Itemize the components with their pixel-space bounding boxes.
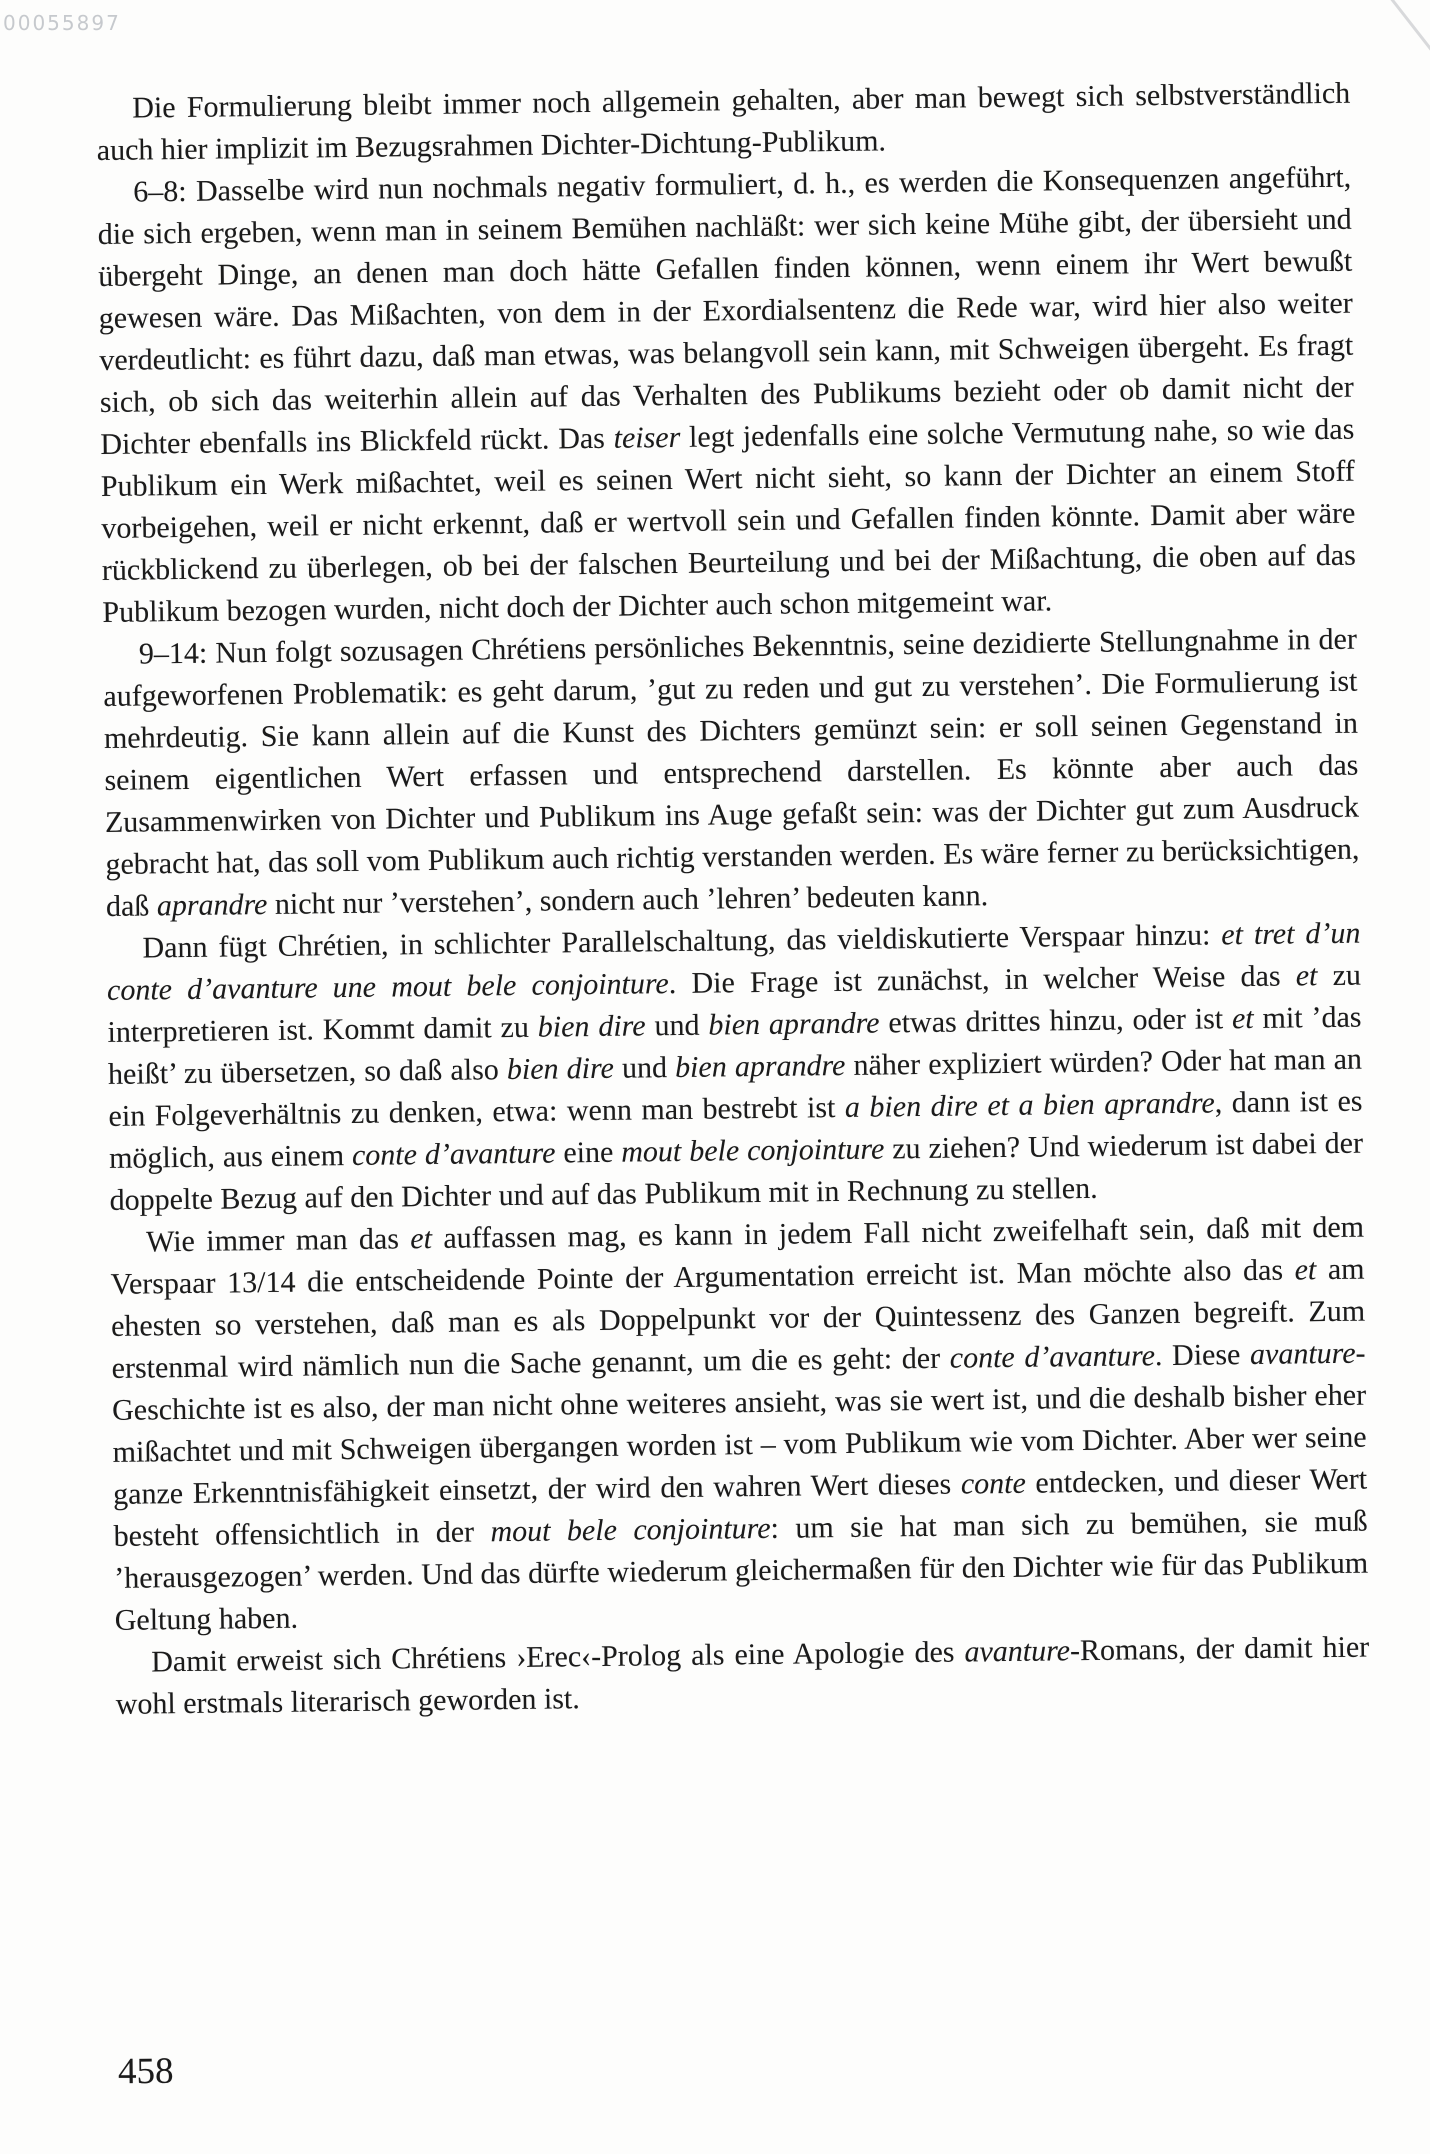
italic-run: bien dire: [538, 1009, 646, 1043]
text-run: Damit erweist sich Chrétiens ›Erec‹-Prol…: [151, 1636, 965, 1679]
italic-run: aprandre: [157, 888, 268, 922]
paragraph: 9–14: Nun folgt sozusagen Chrétiens pers…: [103, 619, 1360, 928]
scan-corner-artifact: [1386, 0, 1430, 81]
italic-run: et: [1232, 1002, 1254, 1035]
text-run: 9–14: Nun folgt sozusagen Chrétiens pers…: [103, 623, 1359, 923]
text-run: und: [645, 1009, 708, 1043]
text-run: Dann fügt Chrétien, in schlichter Parall…: [142, 918, 1221, 964]
italic-run: bien dire: [507, 1052, 614, 1086]
page-text-block: Die Formulierung bleibt immer noch allge…: [96, 73, 1370, 1726]
text-run: . Diese: [1155, 1338, 1251, 1372]
paragraph: 6–8: Dasselbe wird nun nochmals negativ …: [97, 157, 1357, 634]
text-run: eine: [555, 1136, 621, 1170]
text-run: etwas drittes hinzu, oder ist: [879, 1002, 1232, 1039]
italic-run: avanture: [964, 1634, 1070, 1668]
italic-run: teiser: [613, 421, 680, 455]
italic-run: conte: [961, 1467, 1026, 1501]
italic-run: a bien dire et a bien aprandre: [845, 1086, 1215, 1124]
text-run: Wie immer man das: [146, 1222, 411, 1258]
paragraph: Dann fügt Chrétien, in schlichter Parall…: [106, 913, 1363, 1222]
text-run: . Die Frage ist zunächst, in welcher Wei…: [669, 959, 1296, 1000]
italic-run: mout bele conjointure: [621, 1132, 884, 1168]
paragraph: Die Formulierung bleibt immer noch allge…: [96, 73, 1351, 172]
scanned-book-page: 00055897 Die Formulierung bleibt immer n…: [0, 0, 1430, 2154]
text-run: Die Formulierung bleibt immer noch allge…: [97, 77, 1351, 167]
italic-run: avanture: [1250, 1337, 1356, 1371]
paragraph: Wie immer man das et auffassen mag, es k…: [110, 1207, 1369, 1642]
page-number: 458: [118, 2050, 174, 2093]
italic-run: et: [1294, 1253, 1316, 1286]
italic-run: bien aprandre: [708, 1006, 880, 1041]
italic-run: mout bele conjointure: [490, 1512, 770, 1548]
paragraph: Damit erweist sich Chrétiens ›Erec‹-Prol…: [115, 1627, 1370, 1726]
text-run: nicht nur ’verstehen’, sondern auch ’leh…: [267, 879, 988, 921]
italic-run: conte d’avanture: [950, 1339, 1156, 1375]
scan-id-stamp: 00055897: [3, 11, 121, 35]
text-run: und: [614, 1051, 676, 1085]
italic-run: et: [1296, 959, 1318, 992]
italic-run: et: [410, 1222, 432, 1255]
italic-run: bien aprandre: [675, 1049, 846, 1084]
italic-run: conte d’avanture: [352, 1136, 556, 1171]
